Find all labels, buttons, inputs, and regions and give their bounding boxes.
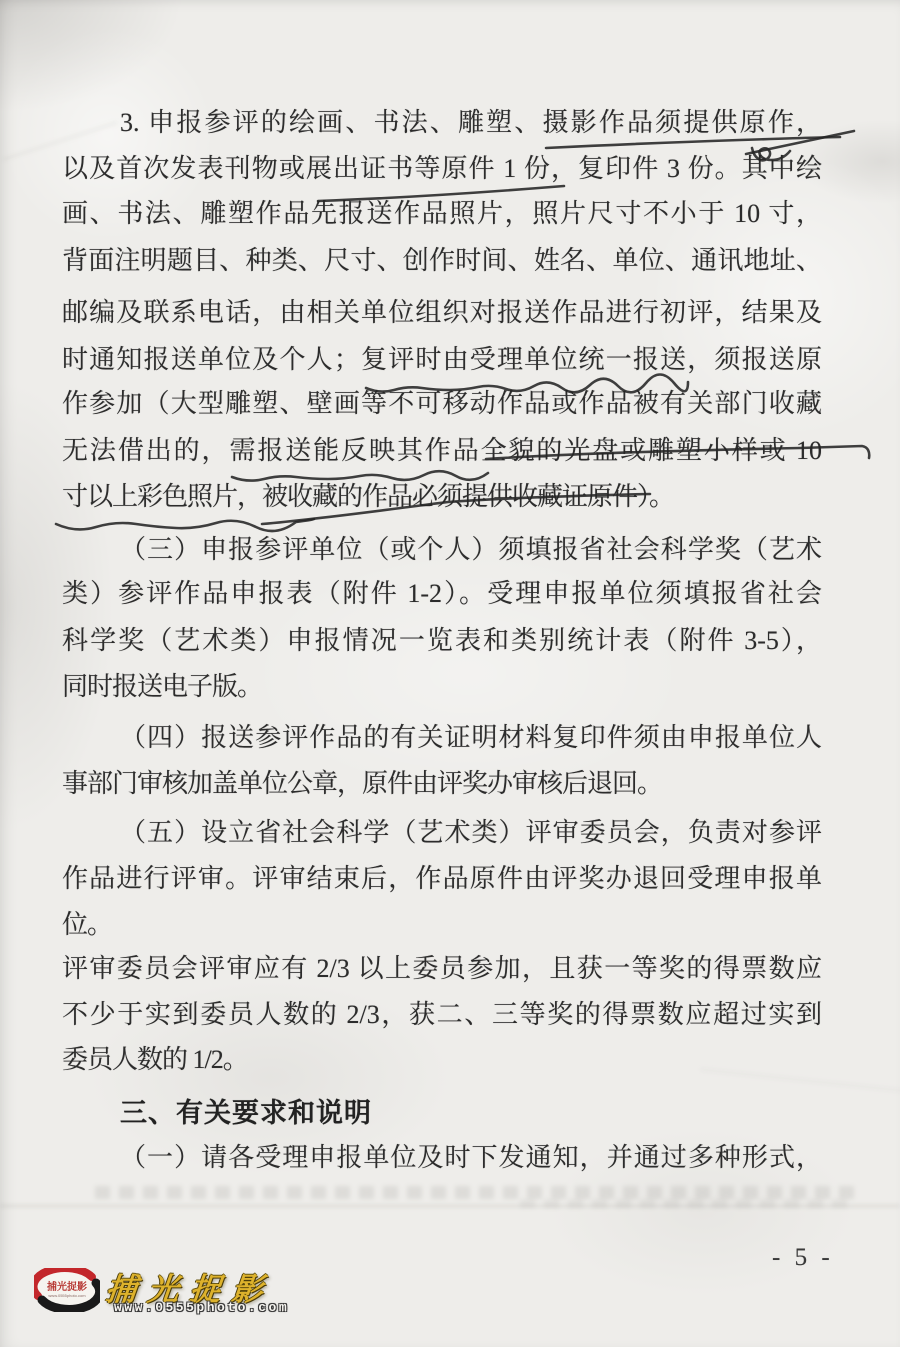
document-line: 背面注明题目、种类、尺寸、创作时间、姓名、单位、通讯地址、 bbox=[62, 244, 822, 284]
document-line: 事部门审核加盖单位公章，原件由评奖办审核后退回。 bbox=[62, 767, 822, 807]
page-number: - 5 - bbox=[772, 1244, 834, 1272]
document-line: 寸以上彩色照片，被收藏的作品必须提供收藏证原件）。 bbox=[62, 480, 822, 520]
bleed-through-text bbox=[520, 1199, 855, 1208]
document-line: 作参加（大型雕塑、壁画等不可移动作品或作品被有关部门收藏 bbox=[62, 387, 822, 427]
bleed-through-text bbox=[95, 1186, 855, 1199]
document-line: 科学奖（艺术类）申报情况一览表和类别统计表（附件 3-5）， bbox=[62, 624, 822, 664]
document-line: 作品进行评审。评审结束后，作品原件由评奖办退回受理申报单 bbox=[62, 862, 822, 902]
document-line: （四）报送参评作品的有关证明材料复印件须由申报单位人 bbox=[62, 721, 822, 761]
section-heading: 三、有关要求和说明 bbox=[62, 1096, 822, 1136]
logo-url-text: www.0555photo.com bbox=[48, 1293, 86, 1298]
document-line: 位。 bbox=[62, 908, 822, 948]
document-line: （一）请各受理申报单位及时下发通知，并通过多种形式， bbox=[62, 1141, 822, 1181]
document-line: 时通知报送单位及个人；复评时由受理单位统一报送，须报送原 bbox=[62, 343, 822, 383]
logo-brand-text: 捕光捉影 bbox=[46, 1280, 87, 1293]
document-line: 画、书法、雕塑作品先报送作品照片，照片尺寸不小于 10 寸， bbox=[62, 197, 822, 237]
document-line: 委员人数的 1/2。 bbox=[62, 1043, 822, 1083]
document-line: （三）申报参评单位（或个人）须填报省社会科学奖（艺术 bbox=[62, 533, 822, 573]
scanned-document-page: 3. 申报参评的绘画、书法、雕塑、摄影作品须提供原作， 以及首次发表刊物或展出证… bbox=[0, 0, 900, 1347]
document-line: 评审委员会评审应有 2/3 以上委员参加，且获一等奖的得票数应 bbox=[62, 952, 822, 992]
watermark-logo-icon: 捕光捉影 www.0555photo.com bbox=[34, 1268, 100, 1312]
document-line: 不少于实到委员人数的 2/3，获二、三等奖的得票数应超过实到 bbox=[62, 998, 822, 1038]
paper-crease bbox=[0, 1205, 900, 1207]
document-line: 类）参评作品申报表（附件 1-2）。受理申报单位须填报省社会 bbox=[62, 577, 822, 617]
document-line: （五）设立省社会科学（艺术类）评审委员会，负责对参评 bbox=[62, 816, 822, 856]
watermark: 捕光捉影 www.0555photo.com 捕光捉影 www.0555phot… bbox=[34, 1256, 364, 1326]
document-line: 无法借出的，需报送能反映其作品全貌的光盘或雕塑小样或 10 bbox=[62, 434, 822, 474]
document-line: 3. 申报参评的绘画、书法、雕塑、摄影作品须提供原作， bbox=[62, 106, 822, 146]
watermark-url-text: www.0555photo.com bbox=[114, 1300, 289, 1315]
document-line: 邮编及联系电话，由相关单位组织对报送作品进行初评，结果及 bbox=[62, 296, 822, 336]
document-line: 以及首次发表刊物或展出证书等原件 1 份，复印件 3 份。其中绘 bbox=[62, 152, 822, 192]
hand-underline-color-photos bbox=[56, 519, 314, 531]
document-line: 同时报送电子版。 bbox=[62, 670, 822, 710]
